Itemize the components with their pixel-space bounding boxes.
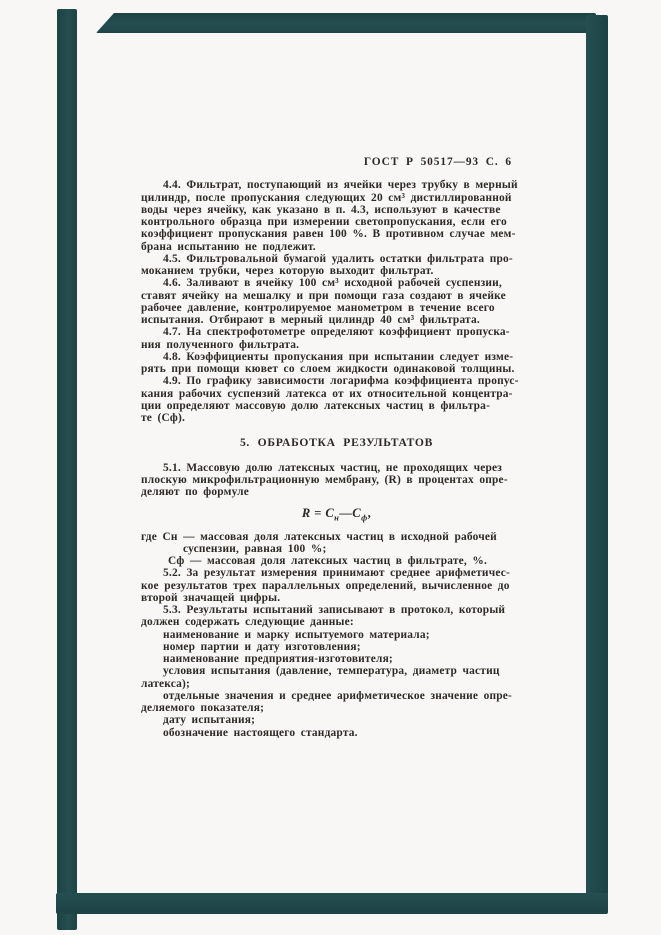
scanned-document-page: ГОСТ Р 50517—93 С. 6 4.4. Фильтрат, пост… bbox=[0, 0, 661, 935]
protocol-item: дату испытания; bbox=[141, 714, 532, 726]
paragraph-4-8: 4.8. Коэффициенты пропускания при испыта… bbox=[141, 351, 532, 376]
scan-border-top bbox=[96, 13, 596, 33]
legend-line-cn: где Сн — массовая доля латексных частиц … bbox=[141, 531, 532, 543]
running-header: ГОСТ Р 50517—93 С. 6 bbox=[141, 156, 532, 168]
protocol-item: обозначение настоящего стандарта. bbox=[141, 727, 532, 739]
formula-equals-sign: = bbox=[311, 506, 326, 520]
scan-border-left bbox=[57, 9, 77, 930]
protocol-item: условия испытания (давление, температура… bbox=[141, 665, 532, 690]
formula-comma: , bbox=[368, 506, 372, 520]
legend-line-cn-continued: суспензии, равная 100 %; bbox=[141, 543, 532, 555]
formula-var-r: R bbox=[302, 506, 311, 520]
paragraph-4-5: 4.5. Фильтровальной бумагой удалить оста… bbox=[141, 253, 532, 278]
section-5-heading: 5. ОБРАБОТКА РЕЗУЛЬТАТОВ bbox=[141, 437, 532, 449]
protocol-item: отдельные значения и среднее арифметичес… bbox=[141, 690, 532, 715]
formula-var-c-initial: C bbox=[325, 506, 334, 520]
paragraph-5-1: 5.1. Массовую долю латексных частиц, не … bbox=[141, 462, 532, 499]
document-body: ГОСТ Р 50517—93 С. 6 4.4. Фильтрат, пост… bbox=[141, 156, 532, 739]
formula-legend: где Сн — массовая доля латексных частиц … bbox=[141, 531, 532, 568]
scan-border-bottom bbox=[56, 893, 608, 914]
paragraph-4-9: 4.9. По графику зависимости логарифма ко… bbox=[141, 375, 532, 424]
scan-border-right bbox=[586, 15, 608, 895]
paragraph-4-7: 4.7. На спектрофотометре определяют коэф… bbox=[141, 326, 532, 351]
paragraph-5-3: 5.3. Результаты испытаний записывают в п… bbox=[141, 604, 532, 629]
protocol-item: номер партии и дату изготовления; bbox=[141, 641, 532, 653]
legend-line-cf: Сф — массовая доля латексных частиц в фи… bbox=[141, 555, 532, 567]
paragraph-5-2: 5.2. За результат измерения принимают ср… bbox=[141, 567, 532, 604]
formula-minus-sign: — bbox=[339, 506, 352, 520]
protocol-item: наименование предприятия-изготовителя; bbox=[141, 653, 532, 665]
paragraph-4-6: 4.6. Заливают в ячейку 100 см³ исходной … bbox=[141, 277, 532, 326]
protocol-item: наименование и марку испытуемого материа… bbox=[141, 629, 532, 641]
formula-retention: R = Cн—Cф, bbox=[141, 507, 532, 519]
formula-var-c-filtrate: C bbox=[352, 506, 361, 520]
paragraph-4-4: 4.4. Фильтрат, поступающий из ячейки чер… bbox=[141, 179, 532, 253]
